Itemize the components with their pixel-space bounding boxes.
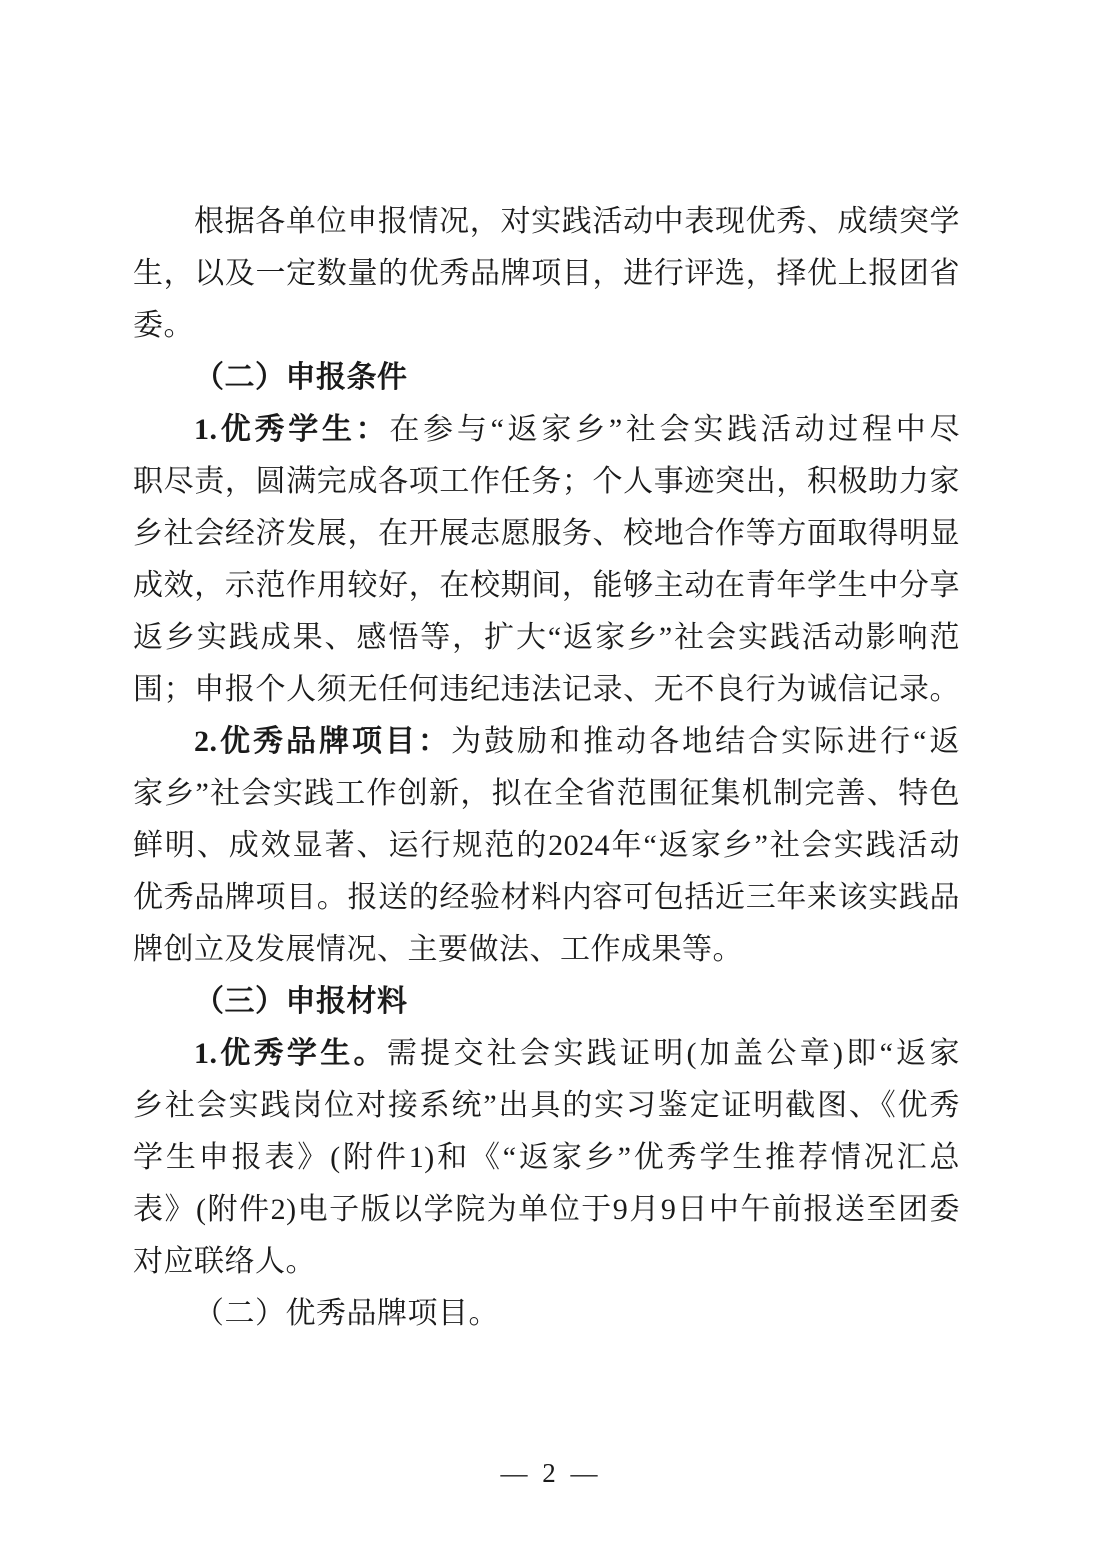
text-line: 家乡”社会实践工作创新，拟在全省范围征集机制完善、特色 (133, 768, 960, 820)
text-run: 乡社会实践岗位对接系统”出具的实习鉴定证明截图、《优秀 (133, 1089, 960, 1122)
text-line: 1.优秀学生。需提交社会实践证明(加盖公章)即“返家 (133, 1028, 960, 1080)
text-run: 牌创立及发展情况、主要做法、工作成果等。 (133, 933, 743, 966)
text-run: 返乡实践成果、感悟等，扩大“返家乡”社会实践活动影响范 (133, 621, 960, 654)
text-run: 家乡”社会实践工作创新，拟在全省范围征集机制完善、特色 (133, 777, 960, 810)
text-run: 委。 (133, 309, 194, 342)
text-line: 学生申报表》(附件1)和《“返家乡”优秀学生推荐情况汇总 (133, 1132, 960, 1184)
bold-text-run: 1.优秀学生： (194, 413, 389, 446)
text-line: 优秀品牌项目。报送的经验材料内容可包括近三年来该实践品 (133, 872, 960, 924)
text-run: 表》(附件2)电子版以学院为单位于9月9日中午前报送至团委 (133, 1193, 960, 1226)
text-line: 围；申报个人须无任何违纪违法记录、无不良行为诚信记录。 (133, 664, 960, 716)
text-line: 成效，示范作用较好，在校期间，能够主动在青年学生中分享 (133, 560, 960, 612)
document-body: 根据各单位申报情况，对实践活动中表现优秀、成绩突学生，以及一定数量的优秀品牌项目… (133, 196, 960, 1340)
bold-text-run: 1.优秀学生。 (194, 1037, 387, 1070)
text-line: 职尽责，圆满完成各项工作任务；个人事迹突出，积极助力家 (133, 456, 960, 508)
footer-page-number: — 2 — (0, 1457, 1102, 1489)
text-line: 乡社会经济发展，在开展志愿服务、校地合作等方面取得明显 (133, 508, 960, 560)
text-line: 牌创立及发展情况、主要做法、工作成果等。 (133, 924, 960, 976)
text-line: （二）优秀品牌项目。 (133, 1288, 960, 1340)
text-line: （三）申报材料 (133, 976, 960, 1028)
text-run: （二）优秀品牌项目。 (194, 1297, 499, 1330)
text-run: 鲜明、成效显著、运行规范的2024年“返家乡”社会实践活动 (133, 829, 960, 862)
text-run: 学生申报表》(附件1)和《“返家乡”优秀学生推荐情况汇总 (133, 1141, 960, 1174)
text-run: 需提交社会实践证明(加盖公章)即“返家 (387, 1037, 960, 1070)
text-run: 在参与“返家乡”社会实践活动过程中尽 (389, 413, 960, 446)
document-page: 根据各单位申报情况，对实践活动中表现优秀、成绩突学生，以及一定数量的优秀品牌项目… (0, 0, 1102, 1559)
text-line: 生，以及一定数量的优秀品牌项目，进行评选，择优上报团省 (133, 248, 960, 300)
text-run: 成效，示范作用较好，在校期间，能够主动在青年学生中分享 (133, 569, 960, 602)
bold-text-run: （二）申报条件 (194, 361, 408, 394)
bold-text-run: 2.优秀品牌项目： (194, 725, 451, 758)
text-run: 围；申报个人须无任何违纪违法记录、无不良行为诚信记录。 (133, 673, 960, 706)
text-line: 委。 (133, 300, 960, 352)
text-run: 生，以及一定数量的优秀品牌项目，进行评选，择优上报团省 (133, 257, 960, 290)
text-run: 乡社会经济发展，在开展志愿服务、校地合作等方面取得明显 (133, 517, 960, 550)
text-run: 优秀品牌项目。报送的经验材料内容可包括近三年来该实践品 (133, 881, 960, 914)
text-line: 乡社会实践岗位对接系统”出具的实习鉴定证明截图、《优秀 (133, 1080, 960, 1132)
text-run: 对应联络人。 (133, 1245, 316, 1278)
text-run: 根据各单位申报情况，对实践活动中表现优秀、成绩突学 (194, 205, 960, 238)
text-line: 返乡实践成果、感悟等，扩大“返家乡”社会实践活动影响范 (133, 612, 960, 664)
text-line: 根据各单位申报情况，对实践活动中表现优秀、成绩突学 (133, 196, 960, 248)
text-line: 表》(附件2)电子版以学院为单位于9月9日中午前报送至团委 (133, 1184, 960, 1236)
text-line: （二）申报条件 (133, 352, 960, 404)
text-line: 1.优秀学生：在参与“返家乡”社会实践活动过程中尽 (133, 404, 960, 456)
text-run: 为鼓励和推动各地结合实际进行“返 (451, 725, 960, 758)
text-line: 2.优秀品牌项目：为鼓励和推动各地结合实际进行“返 (133, 716, 960, 768)
bold-text-run: （三）申报材料 (194, 985, 408, 1018)
text-run: 职尽责，圆满完成各项工作任务；个人事迹突出，积极助力家 (133, 465, 960, 498)
text-line: 鲜明、成效显著、运行规范的2024年“返家乡”社会实践活动 (133, 820, 960, 872)
text-line: 对应联络人。 (133, 1236, 960, 1288)
